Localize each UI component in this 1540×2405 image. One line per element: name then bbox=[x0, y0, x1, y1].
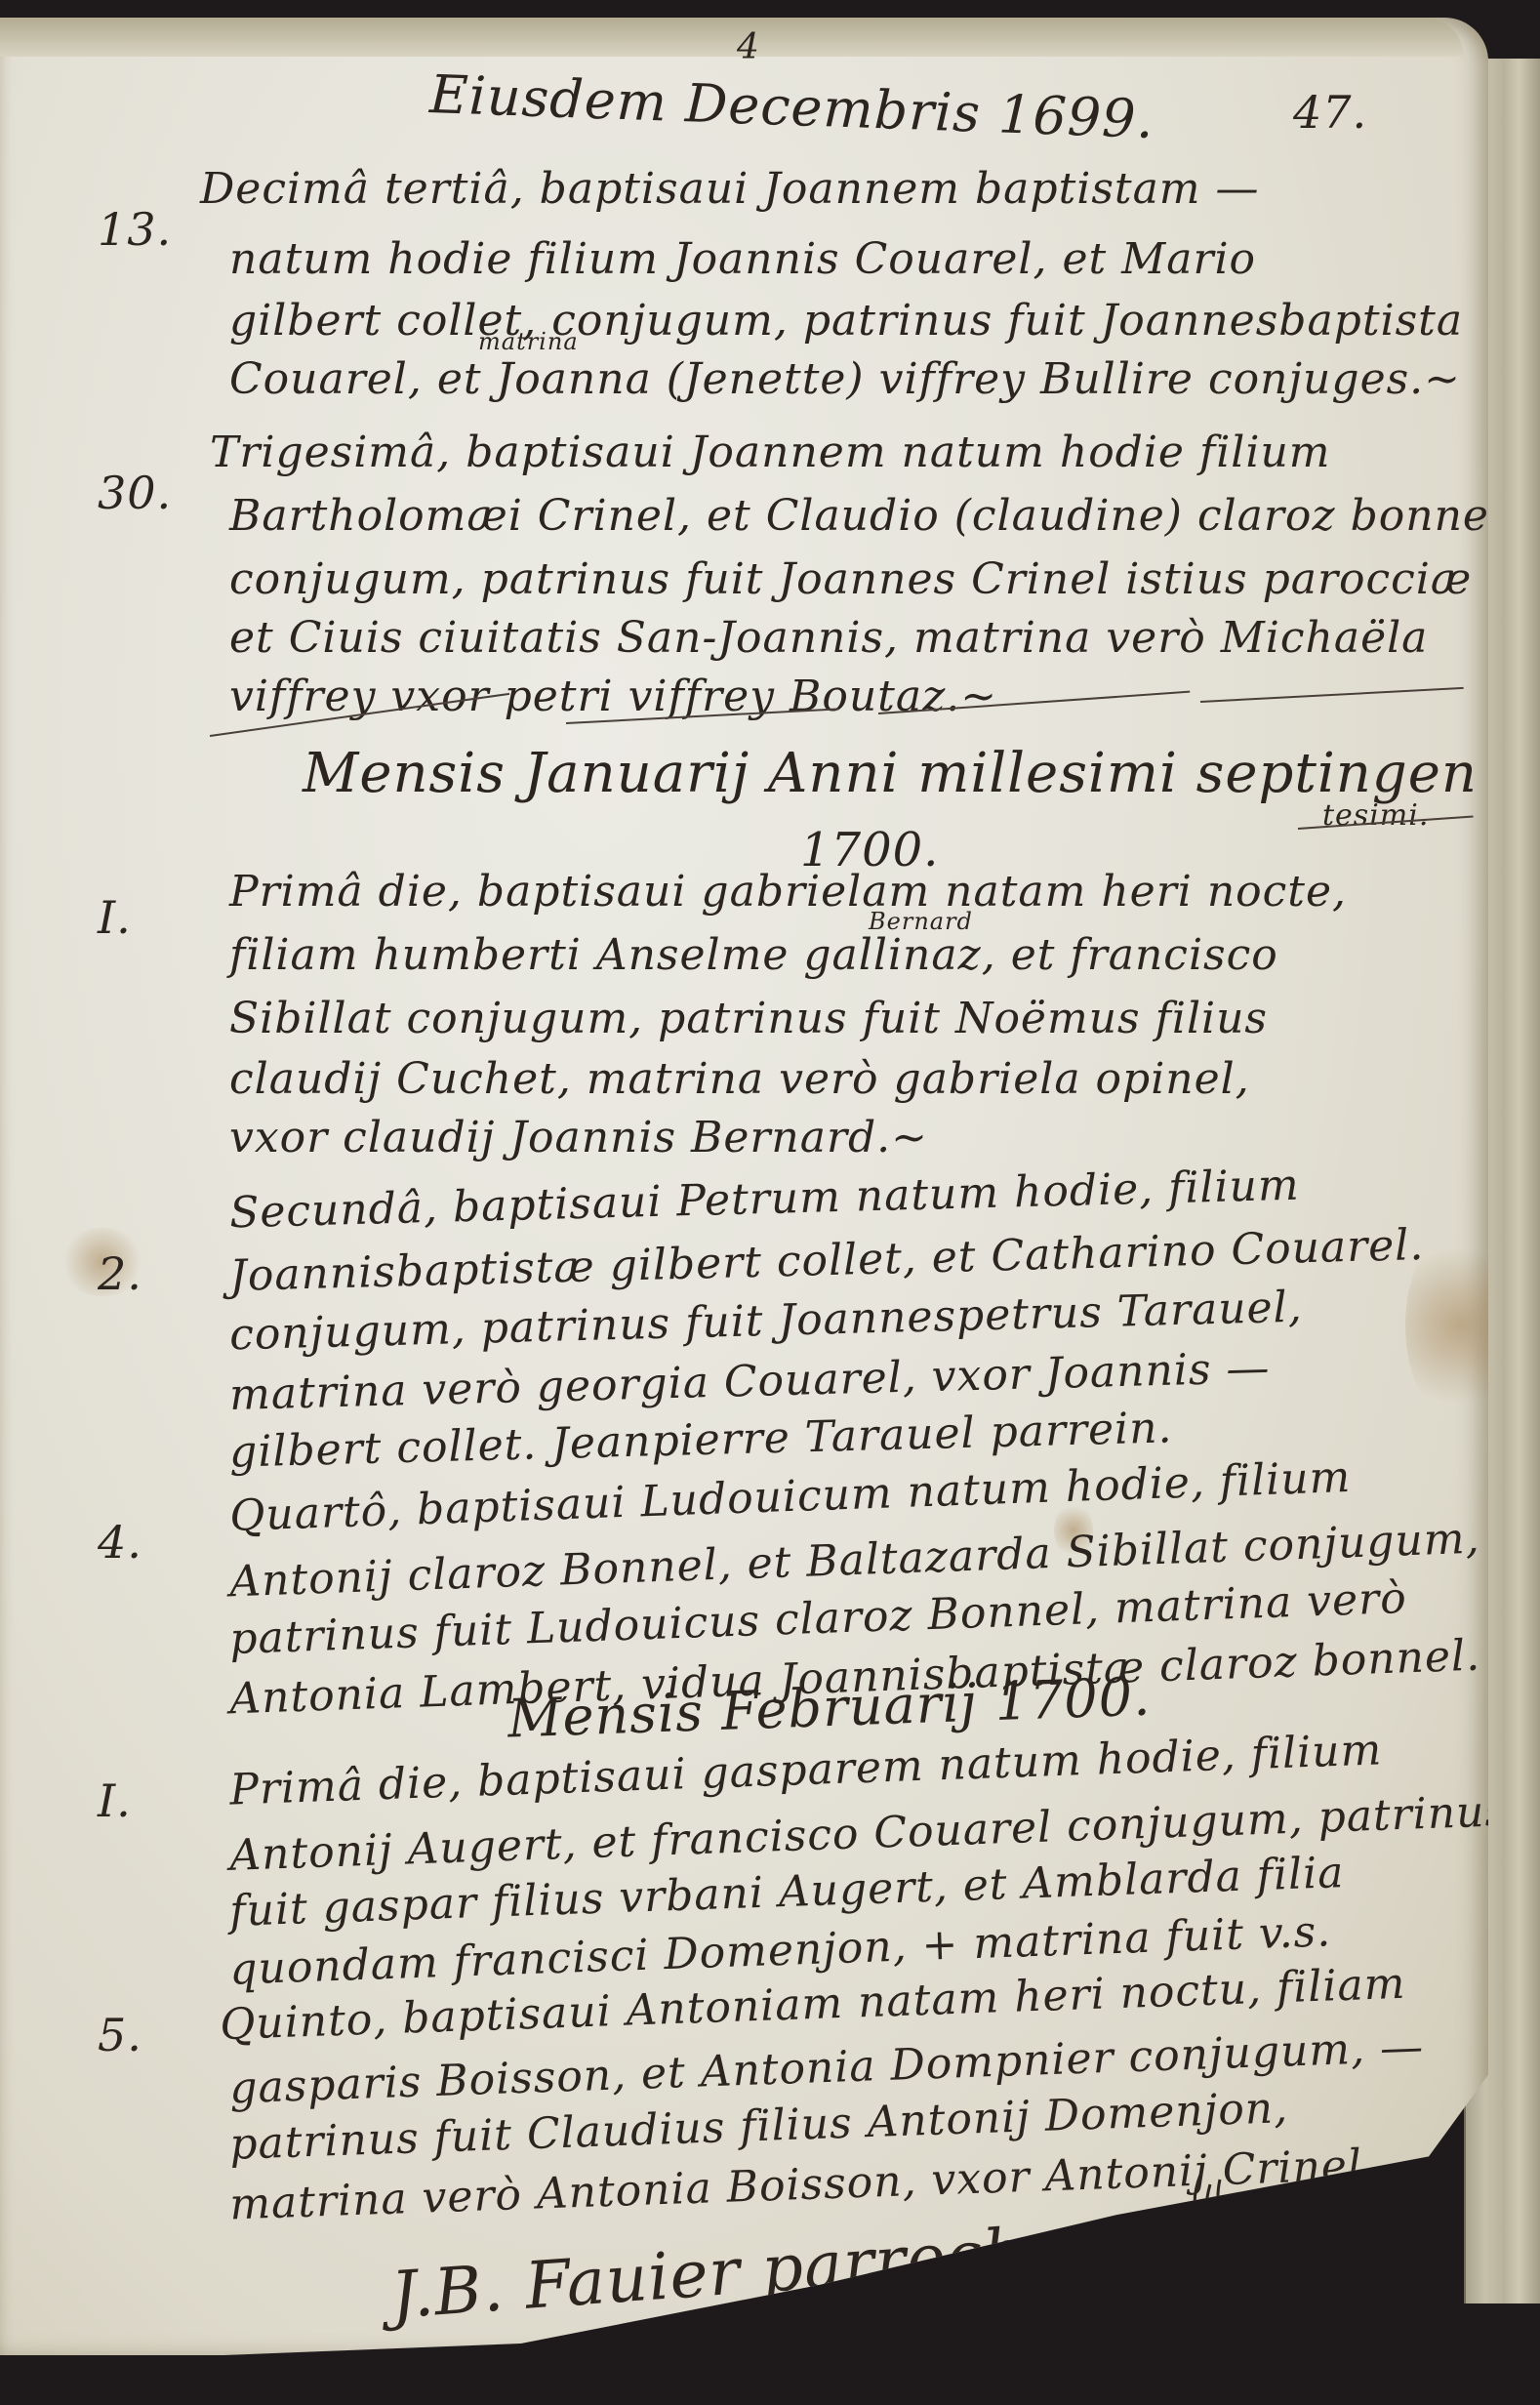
page-top-edge bbox=[0, 18, 1464, 57]
entry-day: 30. bbox=[98, 467, 172, 519]
foxing-stain bbox=[1015, 2262, 1083, 2331]
entry-line: Trigesimâ, baptisaui Joannem natum hodie… bbox=[210, 428, 1331, 477]
entry-line: conjugum, patrinus fuit Joannes Crinel i… bbox=[229, 554, 1472, 604]
entry-line: et Ciuis ciuitatis San-Joannis, matrina … bbox=[229, 613, 1428, 663]
page-number: 47. bbox=[1293, 86, 1367, 139]
entry-line: vxor claudij Joannis Bernard.~ bbox=[229, 1113, 928, 1162]
entry-day: 4. bbox=[98, 1516, 142, 1569]
entry-day: 13. bbox=[98, 203, 172, 256]
entry-line: Decimâ tertiâ, baptisaui Joannem baptist… bbox=[200, 164, 1260, 214]
entry-line: Sibillat conjugum, patrinus fuit Noëmus … bbox=[229, 994, 1268, 1043]
register-page: 4 Eiusdem Decembris 1699. 47. 13. Decimâ… bbox=[0, 18, 1488, 2355]
entry-day: I. bbox=[98, 1774, 132, 1827]
separator-flourish bbox=[1200, 687, 1464, 703]
signature-flourish-icon bbox=[1122, 2165, 1444, 2360]
top-mark: 4 bbox=[737, 27, 760, 67]
interlinear-note: matrina bbox=[478, 328, 579, 355]
section-heading-january: Mensis Januarij Anni millesimi septingen bbox=[303, 742, 1478, 805]
entry-line: claudij Cuchet, matrina verò gabriela op… bbox=[229, 1054, 1250, 1104]
entry-day: I. bbox=[98, 891, 132, 944]
entry-line: Bartholomæi Crinel, et Claudio (claudine… bbox=[229, 491, 1504, 541]
priest-signature: J.B. Fauier parrochus bbox=[388, 2209, 1105, 2334]
entry-line: Couarel, et Joanna (Jenette) viffrey Bul… bbox=[229, 354, 1461, 404]
section-heading-december: Eiusdem Decembris 1699. bbox=[428, 63, 1155, 150]
entry-line: gilbert collet, conjugum, patrinus fuit … bbox=[229, 296, 1463, 346]
entry-day: 2. bbox=[98, 1247, 142, 1300]
entry-line: natum hodie filium Joannis Couarel, et M… bbox=[229, 234, 1256, 284]
entry-day: 5. bbox=[98, 2009, 142, 2061]
section-heading-january-end: tesimi. bbox=[1322, 798, 1429, 833]
entry-line: filiam humberti Anselme gallinaz, et fra… bbox=[229, 930, 1278, 980]
entry-line: Secundâ, baptisaui Petrum natum hodie, f… bbox=[229, 1161, 1301, 1239]
entry-line: Primâ die, baptisaui gabrielam natam her… bbox=[229, 867, 1347, 917]
